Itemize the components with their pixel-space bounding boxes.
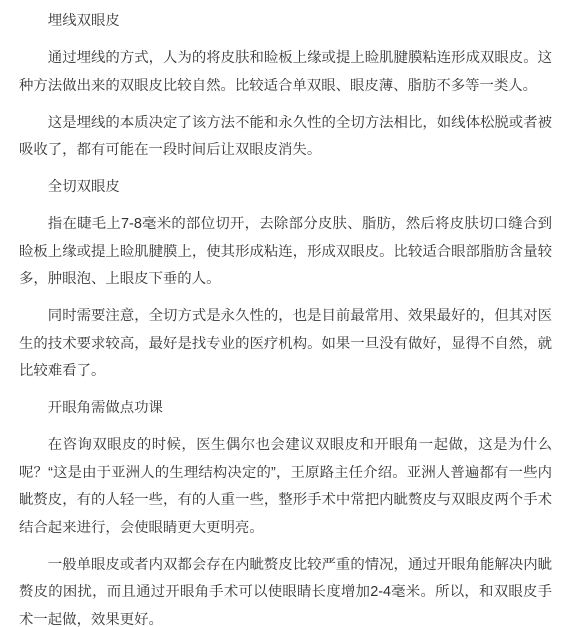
article-body: 埋线双眼皮 通过埋线的方式，人为的将皮肤和睑板上缘或提上睑肌腱膜粘连形成双眼皮。… [0, 0, 566, 627]
paragraph-canthoplasty-advice: 在咨询双眼皮的时候，医生偶尔也会建议双眼皮和开眼角一起做，这是为什么呢？“这是由… [19, 432, 552, 542]
paragraph-full-incision-notes: 同时需要注意，全切方式是永久性的，也是目前最常用、效果最好的，但其对医生的技术要… [19, 303, 552, 386]
section-heading-canthoplasty: 开眼角需做点功课 [19, 395, 552, 423]
paragraph-full-incision-method: 指在睫毛上7-8毫米的部位切开，去除部分皮肤、脂肪，然后将皮肤切口缝合到睑板上缘… [19, 211, 552, 294]
paragraph-buried-suture-limits: 这是埋线的本质决定了该方法不能和永久性的全切方法相比，如线体松脱或者被吸收了，都… [19, 110, 552, 165]
paragraph-buried-suture-method: 通过埋线的方式，人为的将皮肤和睑板上缘或提上睑肌腱膜粘连形成双眼皮。这种方法做出… [19, 45, 552, 100]
section-heading-full-incision: 全切双眼皮 [19, 174, 552, 202]
section-heading-buried-suture: 埋线双眼皮 [19, 8, 552, 36]
paragraph-canthoplasty-benefit: 一般单眼皮或者内双都会存在内眦赘皮比较严重的情况，通过开眼角能解决内眦赘皮的困扰… [19, 552, 552, 627]
